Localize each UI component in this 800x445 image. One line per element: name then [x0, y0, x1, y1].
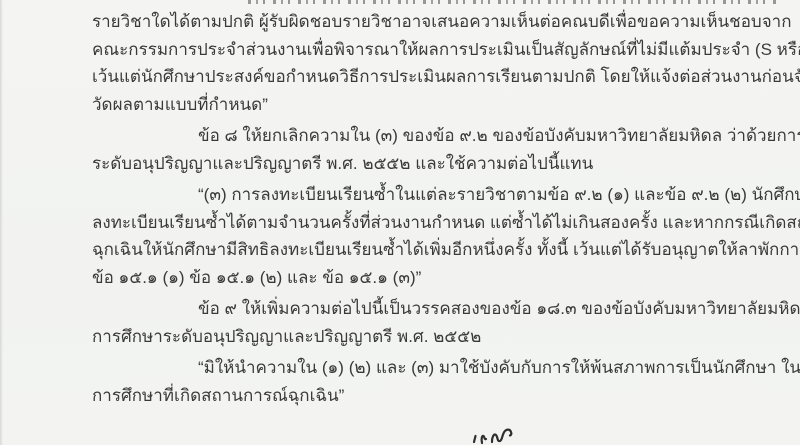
text-line: “มิให้นำความใน (๑) (๒) และ (๓) มาใช้บังค… — [92, 354, 743, 382]
text-line: ลงทะเบียนเรียนซ้ำได้ตามจำนวนครั้งที่ส่วน… — [92, 209, 743, 237]
clipped-text-fragment — [248, 0, 780, 4]
text-line: ฉุกเฉินให้นักศึกษามีสิทธิลงทะเบียนเรียนซ… — [92, 236, 743, 264]
text-line: เว้นแต่นักศึกษาประสงค์ขอกำหนดวิธีการประเ… — [92, 63, 743, 91]
text-line: การศึกษาที่เกิดสถานการณ์ฉุกเฉิน” — [92, 382, 743, 410]
text-line: การศึกษาระดับอนุปริญญาและปริญญาตรี พ.ศ. … — [92, 323, 743, 351]
text-line: คณะกรรมการประจำส่วนงานเพื่อพิจารณาให้ผลก… — [92, 36, 743, 64]
text-line: วัดผลตามแบบที่กำหนด” — [92, 91, 743, 119]
text-line: ข้อ ๘ ให้ยกเลิกความใน (๓) ของข้อ ๙.๒ ของ… — [92, 122, 743, 150]
text-line: ข้อ ๙ ให้เพิ่มความต่อไปนี้เป็นวรรคสองของ… — [92, 295, 743, 323]
text-line: ระดับอนุปริญญาและปริญญาตรี พ.ศ. ๒๕๕๒ และ… — [92, 150, 743, 178]
text-line: “(๓) การลงทะเบียนเรียนซ้ำในแต่ละรายวิชาต… — [92, 181, 743, 209]
document-body: รายวิชาใดได้ตามปกติ ผู้รับผิดชอบรายวิชาอ… — [0, 8, 800, 409]
text-line: รายวิชาใดได้ตามปกติ ผู้รับผิดชอบรายวิชาอ… — [92, 8, 743, 36]
signature-stroke — [468, 416, 540, 445]
scanned-document-page: รายวิชาใดได้ตามปกติ ผู้รับผิดชอบรายวิชาอ… — [0, 0, 800, 445]
text-line: ข้อ ๑๕.๑ (๑) ข้อ ๑๕.๑ (๒) และ ข้อ ๑๕.๑ (… — [92, 264, 743, 292]
